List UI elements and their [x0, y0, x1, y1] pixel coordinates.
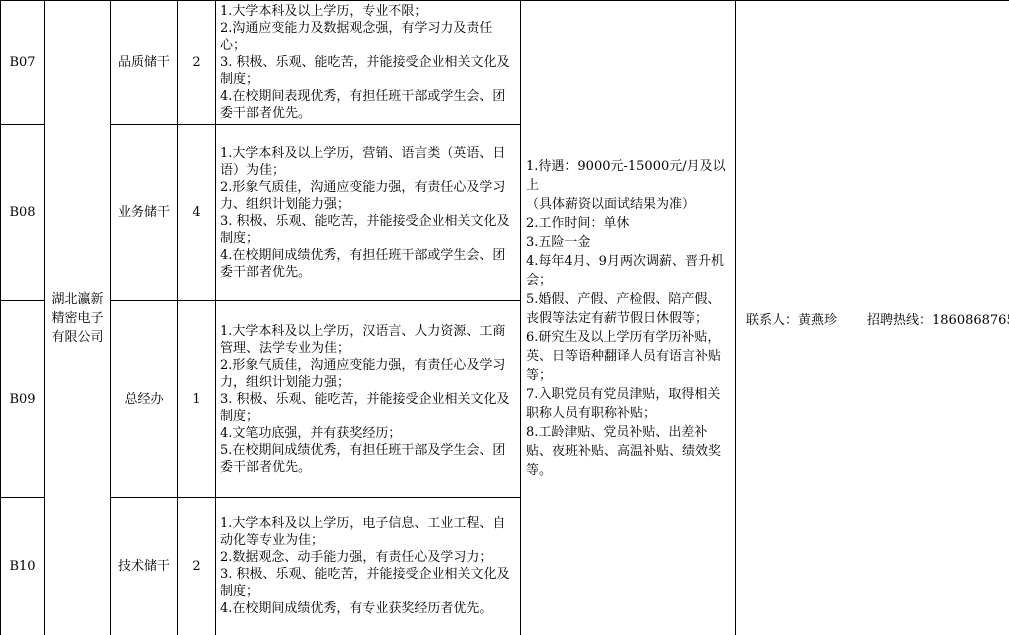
contact-person: 联系人：黄燕珍	[746, 309, 837, 328]
recruitment-table: B07 湖北瀛新精密电子有限公司 品质储干 2 1.大学本科及以上学历，专业不限…	[0, 0, 1009, 635]
job-code-b08: B08	[1, 125, 45, 301]
position-name: 业务储干	[111, 125, 178, 301]
recruit-hotline: 招聘热线：18608687659	[867, 309, 1009, 328]
position-name: 品质储干	[111, 1, 178, 125]
requirements-text: 1.大学本科及以上学历，汉语言、人力资源、工商管理、法学专业为佳； 2.形象气质…	[216, 301, 521, 498]
table-row: B07 湖北瀛新精密电子有限公司 品质储干 2 1.大学本科及以上学历，专业不限…	[1, 1, 1009, 125]
headcount: 2	[178, 498, 216, 635]
position-name: 总经办	[111, 301, 178, 498]
headcount: 2	[178, 1, 216, 125]
requirements-text: 1.大学本科及以上学历，专业不限； 2.沟通应变能力及数据观念强，有学习力及责任…	[216, 1, 521, 125]
position-name: 技术储干	[111, 498, 178, 635]
job-code-b09: B09	[1, 301, 45, 498]
contact-cell: 联系人：黄燕珍 招聘热线：18608687659	[736, 1, 1009, 635]
job-code-b10: B10	[1, 498, 45, 635]
headcount: 4	[178, 125, 216, 301]
benefits-text: 1.待遇：9000元-15000元/月及以上 （具体薪资以面试结果为准） 2.工…	[521, 1, 736, 635]
job-code-b07: B07	[1, 1, 45, 125]
requirements-text: 1.大学本科及以上学历，电子信息、工业工程、自动化等专业为佳； 2.数据观念、动…	[216, 498, 521, 635]
headcount: 1	[178, 301, 216, 498]
requirements-text: 1.大学本科及以上学历，营销、语言类（英语、日语）为佳； 2.形象气质佳，沟通应…	[216, 125, 521, 301]
contact-line: 联系人：黄燕珍 招聘热线：18608687659	[746, 309, 1009, 328]
company-name: 湖北瀛新精密电子有限公司	[45, 1, 111, 635]
